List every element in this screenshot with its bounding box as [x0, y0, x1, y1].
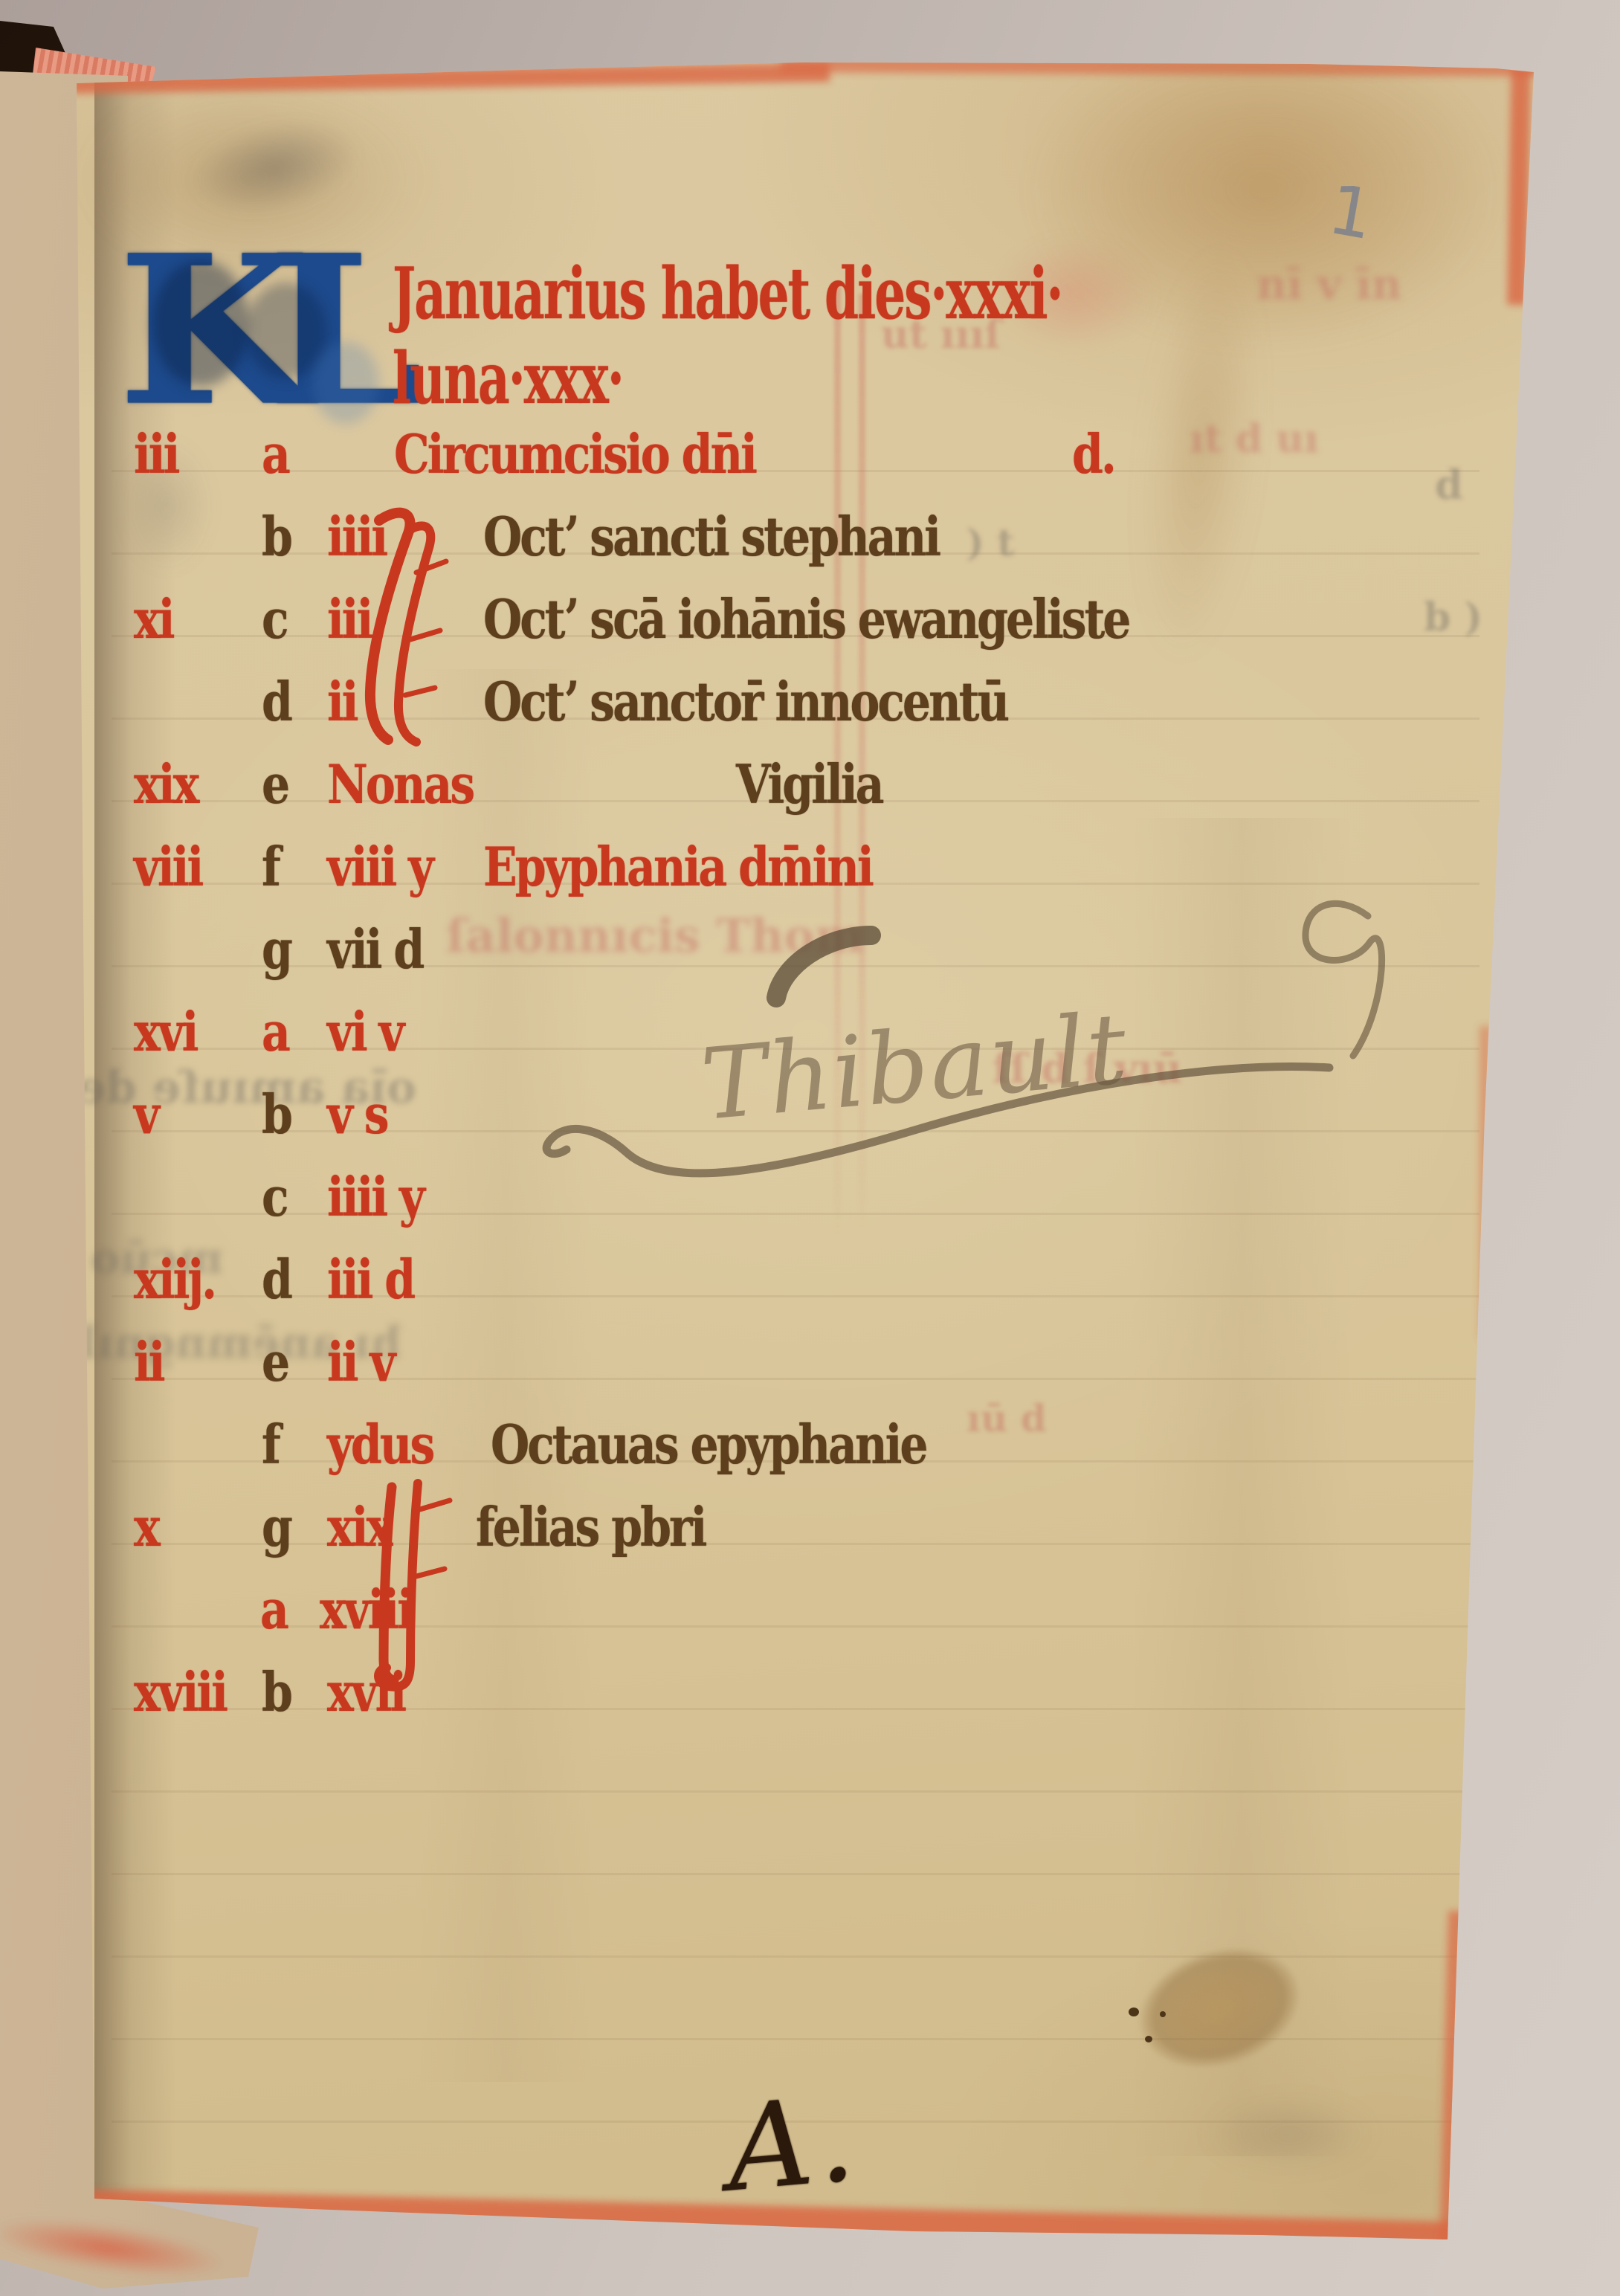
smudge-bottom-center [1204, 2097, 1375, 2171]
ruling-line [112, 1873, 1479, 1875]
golden-number: xiij. [134, 1249, 215, 1312]
ink-blotch-on-initial [152, 260, 249, 387]
dominical-letter: b [262, 506, 291, 569]
ruling-line [112, 1213, 1479, 1215]
feast-entry: Epyphania dm̄ini [483, 836, 872, 899]
quire-signature-mark: A. [721, 2071, 864, 2219]
roman-numeral: viii y [327, 836, 432, 899]
manuscript-photo: ſalonnıcis Thomoīa amıuſe defmcūo qd pra… [0, 0, 1620, 2296]
golden-number: xviii [134, 1662, 226, 1724]
signature-right-flourish [1306, 903, 1382, 1056]
signature-underline-flourish [546, 1067, 1329, 1173]
lunar-heading: luna·xxx· [393, 336, 623, 420]
dominical-letter: a [262, 1002, 288, 1064]
roman-numeral: iii d [327, 1249, 413, 1312]
golden-number: iii [134, 424, 178, 486]
ruling-line [112, 1708, 1479, 1710]
golden-number: viii [134, 836, 201, 899]
ruling-line [112, 1048, 1479, 1050]
svg-text:Thibault: Thibault [697, 991, 1132, 1143]
margin-note: d. [1072, 424, 1114, 486]
feast-entry: Octʼ sancti stephani [483, 506, 939, 569]
dominical-letter: a [260, 1579, 287, 1642]
ruling-line [112, 1543, 1479, 1545]
dominical-letter: e [262, 754, 288, 816]
dominical-letter: f [262, 836, 279, 899]
dominical-letter: c [262, 589, 287, 651]
roman-numeral: Nonas [327, 754, 473, 816]
red-edge-right-3 [1439, 1911, 1465, 2253]
showthrough-mark: ſalonnıcis Thom [446, 909, 863, 963]
showthrough-mark: nī v īn [1256, 260, 1402, 309]
feast-entry: felias pbri [476, 1497, 705, 1559]
showthrough-mark: d [1435, 461, 1463, 509]
dominical-letter: c [262, 1167, 287, 1229]
dominical-letter: b [262, 1662, 291, 1724]
dominical-letter: g [262, 919, 291, 981]
roman-numeral: v s [327, 1084, 387, 1147]
owner-signature: Thibault [546, 903, 1381, 1173]
feast-entry: Octʼ scā iohānis ewangeliste [483, 589, 1129, 651]
showthrough-mark: ıt d uı [1190, 416, 1319, 462]
showthrough-mark: ſſ d ſ vıū [993, 1045, 1182, 1092]
golden-number: xix [134, 754, 197, 816]
dominical-letter: a [262, 424, 288, 486]
ink-speck [1129, 2008, 1139, 2016]
feast-entry: Octʼ sanctor̄ innocentū [483, 671, 1007, 734]
roman-numeral: ii v [327, 1332, 393, 1394]
ruling-line [112, 470, 1479, 472]
roman-numeral: iiii [327, 506, 386, 569]
ruling-line [112, 965, 1479, 967]
ink-speck [1145, 2036, 1152, 2042]
dominical-letter: d [262, 1249, 291, 1312]
golden-number: xvi [134, 1002, 196, 1064]
ruling-line [112, 1955, 1479, 1958]
roman-numeral: iii [327, 589, 371, 651]
calendar-page: ſalonnıcis Thomoīa amıuſe defmcūo qd pra… [0, 0, 1620, 2296]
golden-number: v [134, 1084, 158, 1147]
stain-top-right [1026, 30, 1502, 349]
ruling-line [112, 2038, 1479, 2040]
feast-entry: Circumcisio dn̄i [394, 424, 755, 486]
golden-number: ii [134, 1332, 164, 1394]
feast-entry: Vigilia [736, 754, 882, 816]
ruling-line [112, 1790, 1479, 1793]
showthrough-mark: ıū d [966, 1396, 1047, 1440]
roman-numeral: ydus [327, 1414, 433, 1477]
ruling-line [112, 1130, 1479, 1132]
showthrough-mark: ) t [966, 520, 1014, 564]
stain-top-right-drip [1123, 241, 1278, 667]
dominical-letter: d [262, 671, 291, 734]
roman-numeral: ii [327, 671, 357, 734]
ink-highlight-on-initial [312, 342, 379, 424]
golden-number: xi [134, 589, 173, 651]
roman-numeral: xvii [327, 1662, 404, 1724]
dominical-letter: b [262, 1084, 291, 1147]
roman-numeral: vi v [327, 1002, 402, 1064]
showthrough-mark: b ) [1424, 595, 1482, 640]
golden-number: x [134, 1497, 158, 1559]
red-edge-top [71, 62, 830, 94]
ink-speck [1160, 2011, 1166, 2017]
red-edge-top-2 [781, 56, 1539, 76]
roman-numeral: xix [327, 1497, 390, 1559]
dominical-letter: g [262, 1497, 291, 1559]
ruling-line [112, 1625, 1479, 1628]
red-edge-right [1507, 67, 1531, 305]
feast-entry: Octauas epyphanie [491, 1414, 926, 1477]
roman-numeral: xviii [320, 1579, 412, 1642]
roman-numeral: vii d [327, 919, 422, 981]
dominical-letter: f [262, 1414, 279, 1477]
dominical-letter: e [262, 1332, 288, 1394]
roman-numeral: iiii y [327, 1167, 423, 1229]
ruling-line [112, 1295, 1479, 1297]
red-edge-right-2 [1479, 1026, 1491, 1338]
ruling-line [112, 1378, 1479, 1380]
month-heading: Januarius habet dies·xxxi· [393, 251, 1062, 335]
